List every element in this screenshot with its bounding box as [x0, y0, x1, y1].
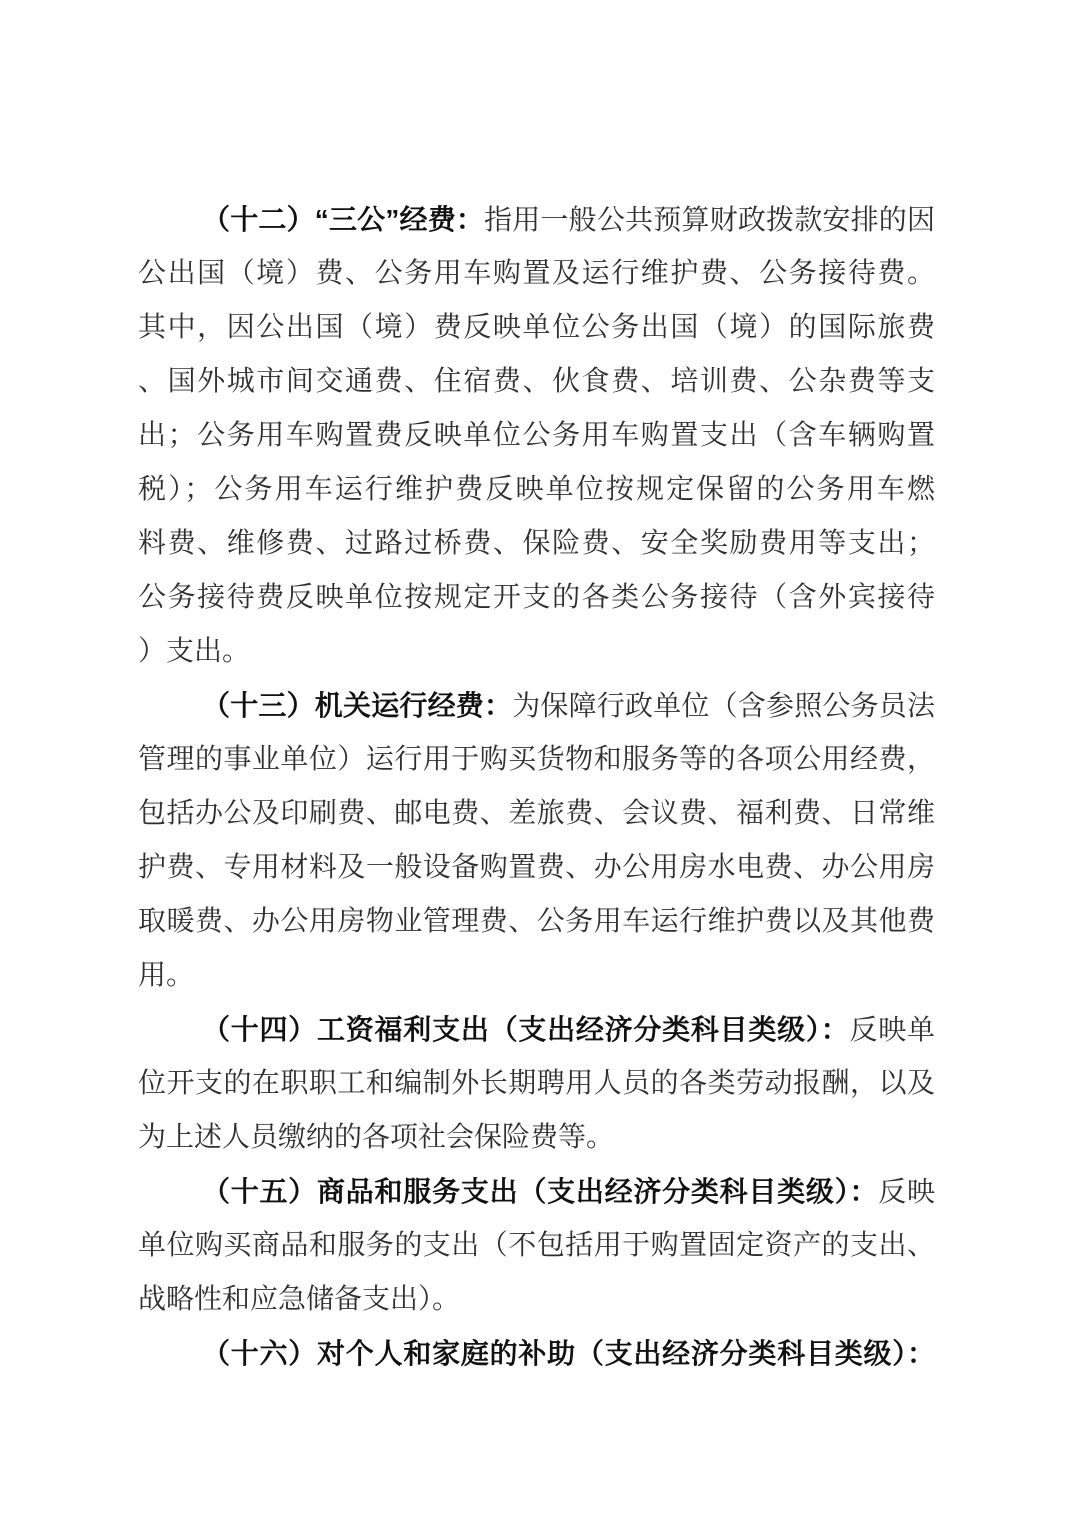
body-text: 单位购买商品和服务的支出（不包括用于购置固定资产的支出、	[138, 1230, 935, 1261]
body-text: 护费、专用材料及一般设备购置费、办公用房水电费、办公用房	[138, 852, 935, 883]
body-text: 用。	[138, 960, 194, 991]
body-text: 料费、维修费、过路过桥费、保险费、安全奖励费用等支出；	[138, 528, 935, 559]
paragraph-2-line-2: 管理的事业单位）运行用于购买货物和服务等的各项公用经费，	[138, 733, 935, 787]
paragraph-3-line-3: 为上述人员缴纳的各项社会保险费等。	[138, 1111, 935, 1165]
body-text: 其中，因公出国（境）费反映单位公务出国（境）的国际旅费	[138, 312, 935, 343]
paragraph-1-line-7: 料费、维修费、过路过桥费、保险费、安全奖励费用等支出；	[138, 517, 935, 571]
paragraph-3-line-1: （十四）工资福利支出（支出经济分类科目类级）：反映单	[138, 1003, 935, 1057]
body-text: 反映单	[849, 1015, 935, 1046]
term-heading-text: （十三）机关运行经费：	[202, 690, 512, 721]
body-text: 反映	[878, 1177, 935, 1208]
paragraph-4-line-3: 战略性和应急储备支出）。	[138, 1273, 935, 1327]
paragraph-1-line-9: ）支出。	[138, 625, 935, 679]
paragraph-1-line-3: 其中，因公出国（境）费反映单位公务出国（境）的国际旅费	[138, 301, 935, 355]
paragraph-1-line-1: （十二）“三公”经费：指用一般公共预算财政拨款安排的因	[138, 193, 935, 247]
body-text: 包括办公及印刷费、邮电费、差旅费、会议费、福利费、日常维	[138, 798, 935, 829]
paragraph-2-line-5: 取暖费、办公用房物业管理费、公务用车运行维护费以及其他费	[138, 895, 935, 949]
paragraph-3-line-2: 位开支的在职职工和编制外长期聘用人员的各类劳动报酬，以及	[138, 1057, 935, 1111]
document-page: （十二）“三公”经费：指用一般公共预算财政拨款安排的因公出国（境）费、公务用车购…	[0, 0, 1074, 1520]
body-text: 、国外城市间交通费、住宿费、伙食费、培训费、公杂费等支	[138, 366, 935, 397]
term-heading-text: （十二）“三公”经费：	[202, 204, 484, 235]
paragraph-2-line-1: （十三）机关运行经费：为保障行政单位（含参照公务员法	[138, 679, 935, 733]
body-text: 为上述人员缴纳的各项社会保险费等。	[138, 1122, 614, 1153]
term-heading-text: （十四）工资福利支出（支出经济分类科目类级）：	[202, 1014, 849, 1045]
paragraph-1-line-4: 、国外城市间交通费、住宿费、伙食费、培训费、公杂费等支	[138, 355, 935, 409]
body-text: 公出国（境）费、公务用车购置及运行维护费、公务接待费。	[138, 258, 935, 289]
term-heading-text: （十五）商品和服务支出（支出经济分类科目类级）：	[202, 1176, 878, 1207]
paragraph-4-line-2: 单位购买商品和服务的支出（不包括用于购置固定资产的支出、	[138, 1219, 935, 1273]
term-heading-text: （十六）对个人和家庭的补助（支出经济分类科目类级）：	[202, 1338, 935, 1369]
body-text: 指用一般公共预算财政拨款安排的因	[484, 205, 935, 236]
body-text: 为保障行政单位（含参照公务员法	[512, 691, 935, 722]
body-text: 税）；公务用车运行维护费反映单位按规定保留的公务用车燃	[138, 474, 935, 505]
body-text: 位开支的在职职工和编制外长期聘用人员的各类劳动报酬，以及	[138, 1068, 935, 1099]
document-body: （十二）“三公”经费：指用一般公共预算财政拨款安排的因公出国（境）费、公务用车购…	[0, 0, 1074, 1381]
body-text: 取暖费、办公用房物业管理费、公务用车运行维护费以及其他费	[138, 906, 935, 937]
body-text: 出；公务用车购置费反映单位公务用车购置支出（含车辆购置	[138, 420, 935, 451]
paragraph-1-line-8: 公务接待费反映单位按规定开支的各类公务接待（含外宾接待	[138, 571, 935, 625]
body-text: 管理的事业单位）运行用于购买货物和服务等的各项公用经费，	[138, 744, 935, 775]
body-text: ）支出。	[138, 636, 250, 667]
paragraph-1-line-6: 税）；公务用车运行维护费反映单位按规定保留的公务用车燃	[138, 463, 935, 517]
paragraph-2-line-3: 包括办公及印刷费、邮电费、差旅费、会议费、福利费、日常维	[138, 787, 935, 841]
paragraph-4-line-1: （十五）商品和服务支出（支出经济分类科目类级）：反映	[138, 1165, 935, 1219]
paragraph-5-line-1: （十六）对个人和家庭的补助（支出经济分类科目类级）：	[138, 1327, 935, 1381]
paragraph-1-line-2: 公出国（境）费、公务用车购置及运行维护费、公务接待费。	[138, 247, 935, 301]
body-text: 公务接待费反映单位按规定开支的各类公务接待（含外宾接待	[138, 582, 935, 613]
paragraph-1-line-5: 出；公务用车购置费反映单位公务用车购置支出（含车辆购置	[138, 409, 935, 463]
paragraph-2-line-6: 用。	[138, 949, 935, 1003]
body-text: 战略性和应急储备支出）。	[138, 1284, 460, 1315]
paragraph-2-line-4: 护费、专用材料及一般设备购置费、办公用房水电费、办公用房	[138, 841, 935, 895]
